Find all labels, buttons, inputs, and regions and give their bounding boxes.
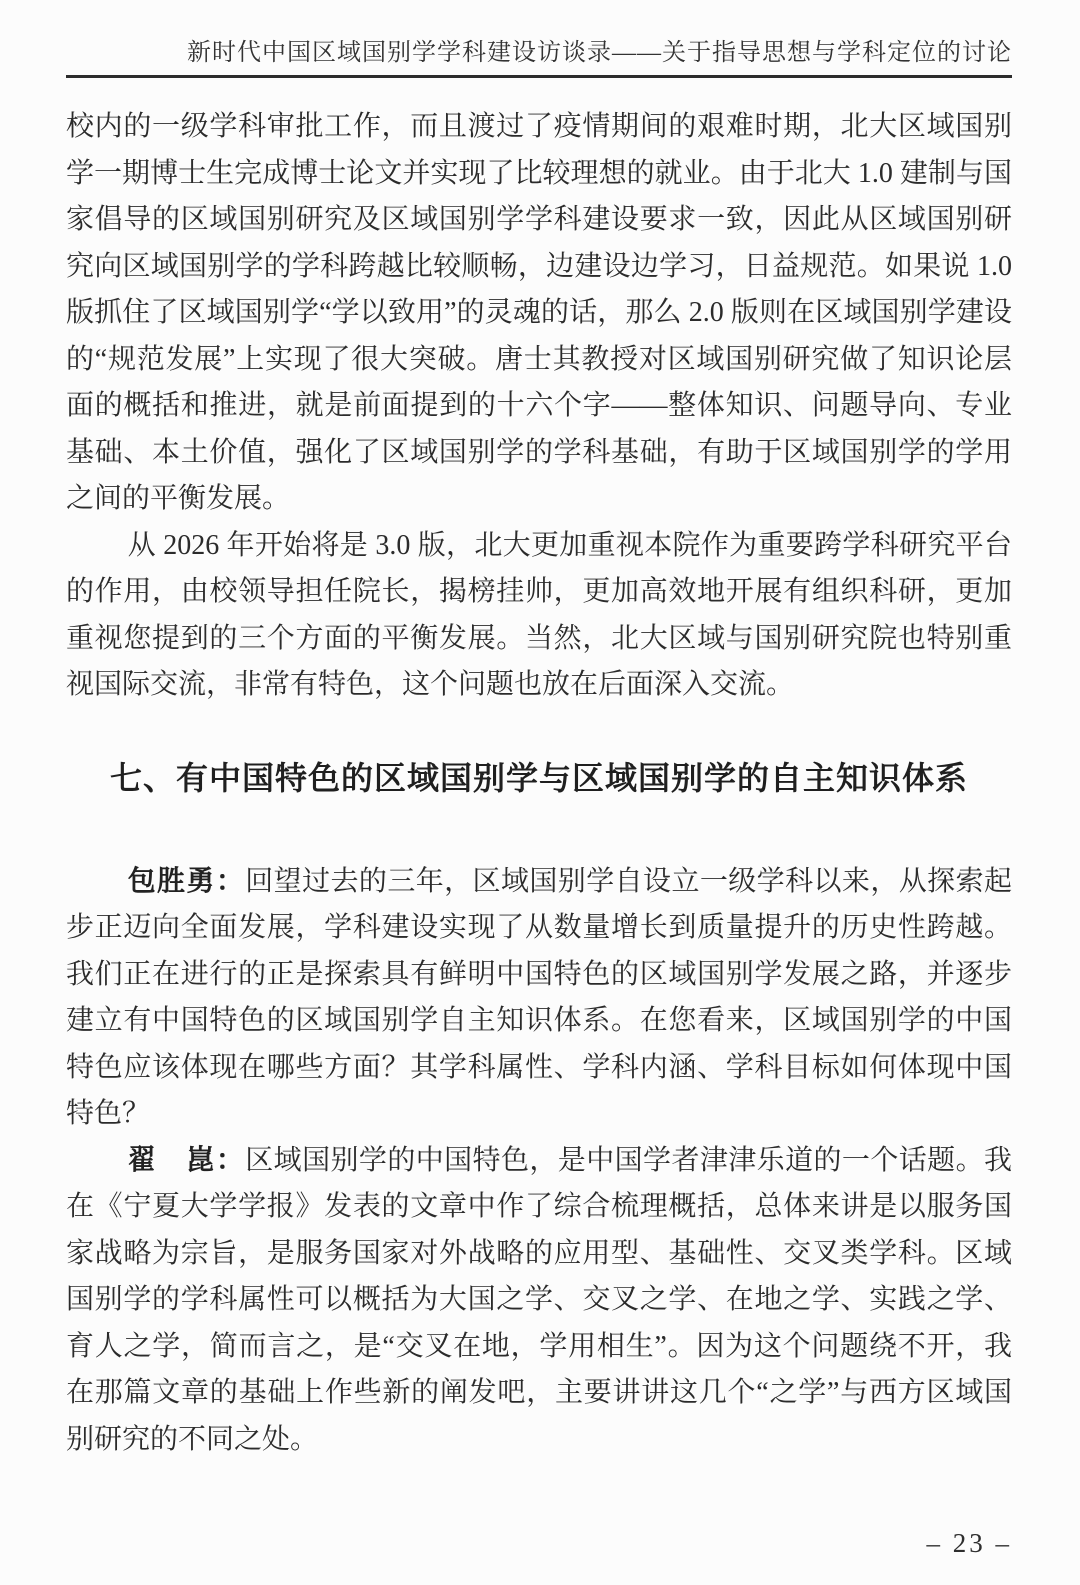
running-header-title: 新时代中国区域国别学学科建设访谈录——关于指导思想与学科定位的讨论 (66, 0, 1012, 68)
header-rule (66, 75, 1012, 78)
speaker-name: 翟 崑： (128, 1145, 246, 1176)
document-page: 新时代中国区域国别学学科建设访谈录——关于指导思想与学科定位的讨论 校内的一级学… (0, 0, 1080, 1585)
paragraph-continuation: 校内的一级学科审批工作，而且渡过了疫情期间的艰难时期，北大区域国别学一期博士生完… (66, 104, 1012, 523)
page-header: 新时代中国区域国别学学科建设访谈录——关于指导思想与学科定位的讨论 (66, 0, 1012, 78)
qa-text: 区域国别学的中国特色，是中国学者津津乐道的一个话题。我在《宁夏大学学报》发表的文… (66, 1145, 1012, 1455)
page-content: 新时代中国区域国别学学科建设访谈录——关于指导思想与学科定位的讨论 校内的一级学… (66, 0, 1012, 1463)
speaker-name: 包胜勇： (128, 866, 246, 897)
section-heading: 七、有中国特色的区域国别学与区域国别学的自主知识体系 (66, 755, 1012, 801)
page-number: – 23 – (927, 1528, 1013, 1559)
qa-paragraph: 包胜勇：回望过去的三年，区域国别学自设立一级学科以来，从探索起步正迈向全面发展，… (66, 859, 1012, 1138)
paragraph: 从 2026 年开始将是 3.0 版，北大更加重视本院作为重要跨学科研究平台的作… (66, 523, 1012, 709)
qa-text: 回望过去的三年，区域国别学自设立一级学科以来，从探索起步正迈向全面发展，学科建设… (66, 866, 1012, 1130)
article-body: 校内的一级学科审批工作，而且渡过了疫情期间的艰难时期，北大区域国别学一期博士生完… (66, 104, 1012, 1463)
qa-paragraph: 翟 崑：区域国别学的中国特色，是中国学者津津乐道的一个话题。我在《宁夏大学学报》… (66, 1138, 1012, 1464)
